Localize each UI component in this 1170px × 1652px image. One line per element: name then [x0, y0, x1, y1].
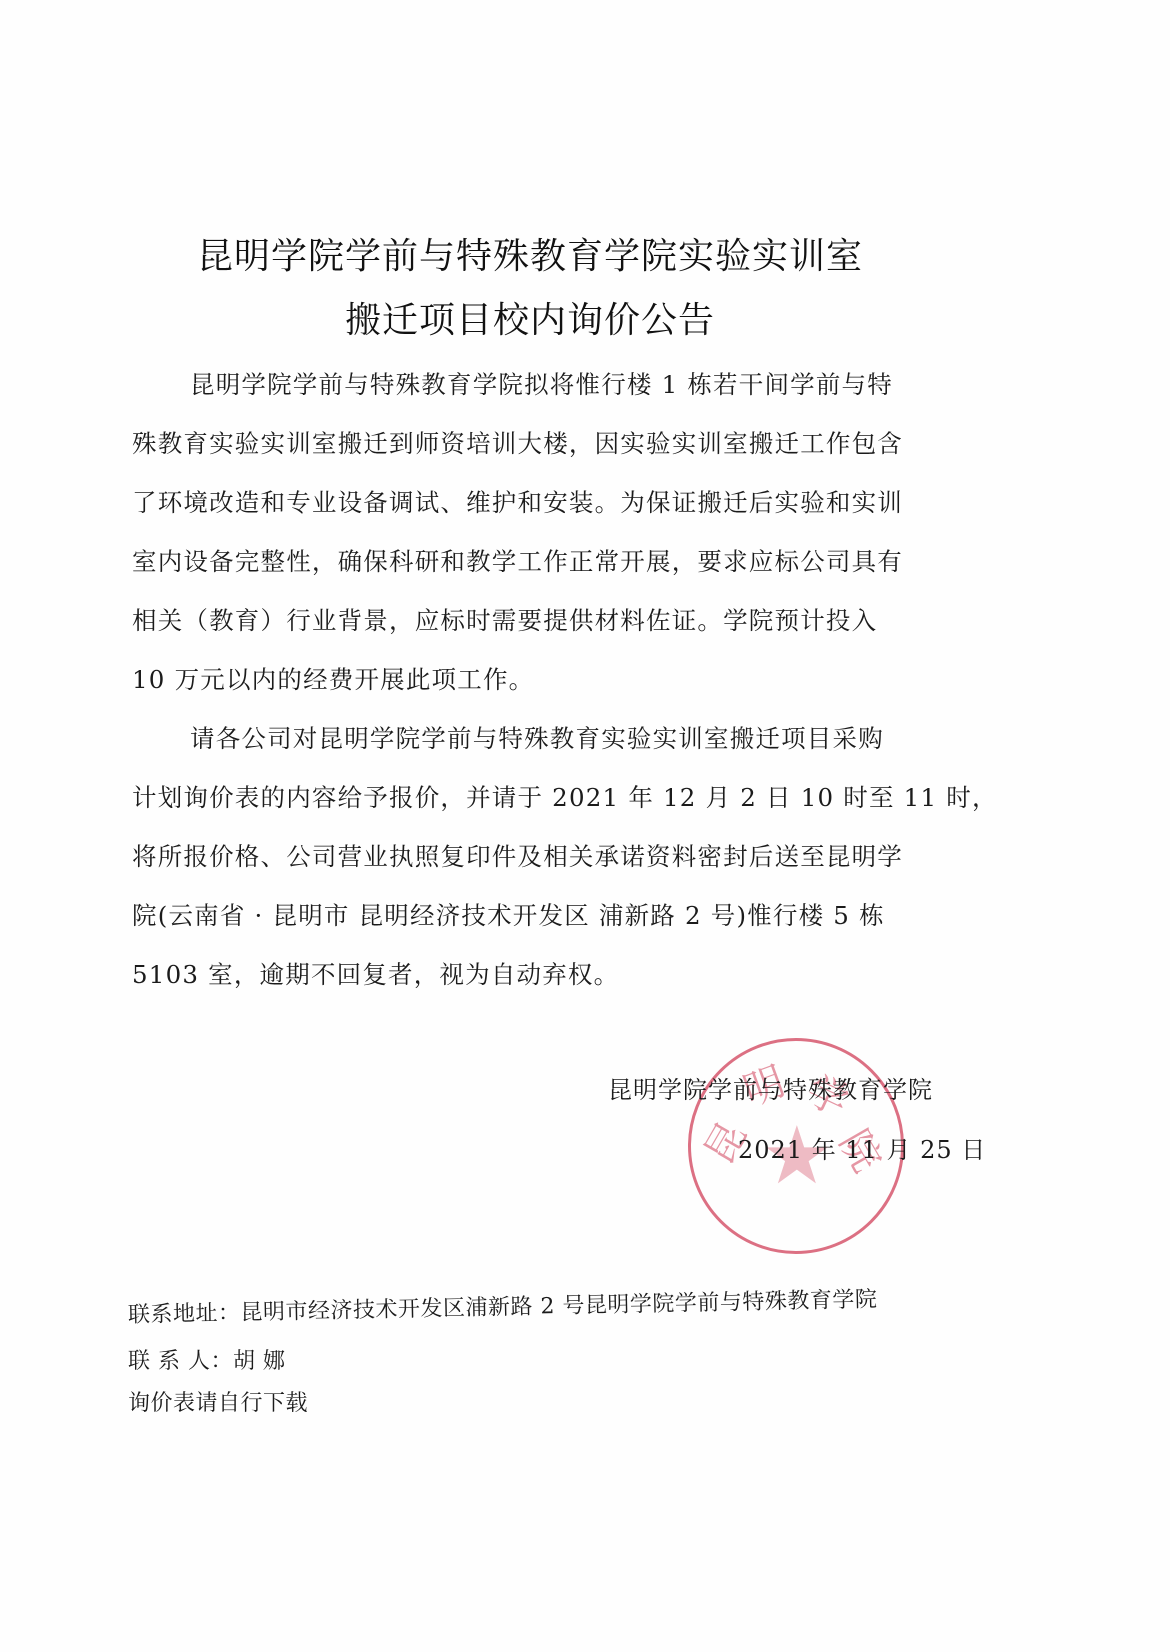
paragraph-1-line-4: 室内设备完整性，确保科研和教学工作正常开展，要求应标公司具有	[132, 543, 962, 578]
paragraph-1-line-5: 相关（教育）行业背景，应标时需要提供材料佐证。学院预计投入	[132, 602, 962, 637]
paragraph-2-line-1: 请各公司对昆明学院学前与特殊教育实验实训室搬迁项目采购	[190, 720, 1020, 755]
paragraph-1-line-6: 10 万元以内的经费开展此项工作。	[132, 661, 962, 696]
paragraph-2-line-2: 计划询价表的内容给予报价，并请于 2021 年 12 月 2 日 10 时至 1…	[132, 779, 962, 814]
footer-contact: 联 系 人：胡 娜	[128, 1344, 285, 1375]
signature-date: 2021 年 11 月 25 日	[738, 1130, 986, 1165]
paragraph-2-line-5: 5103 室，逾期不回复者，视为自动弃权。	[132, 956, 962, 991]
paragraph-1-line-3: 了环境改造和专业设备调试、维护和安装。为保证搬迁后实验和实训	[132, 484, 962, 519]
paragraph-2-line-3: 将所报价格、公司营业执照复印件及相关承诺资料密封后送至昆明学	[132, 838, 962, 873]
paragraph-2-line-4: 院(云南省 · 昆明市 昆明经济技术开发区 浦新路 2 号)惟行楼 5 栋	[132, 897, 962, 932]
paragraph-1-line-2: 殊教育实验实训室搬迁到师资培训大楼，因实验实训室搬迁工作包含	[132, 425, 962, 460]
document-title-line-2: 搬迁项目校内询价公告	[130, 292, 930, 343]
footer-note: 询价表请自行下载	[128, 1386, 308, 1417]
document-page: 昆明学院学前与特殊教育学院实验实训室 搬迁项目校内询价公告 昆明学院学前与特殊教…	[0, 0, 1170, 1652]
footer-address: 联系地址：昆明市经济技术开发区浦新路 2 号昆明学院学前与特殊教育学院	[128, 1282, 878, 1329]
document-title-line-1: 昆明学院学前与特殊教育学院实验实训室	[130, 228, 930, 279]
signature-organization: 昆明学院学前与特殊教育学院	[608, 1070, 933, 1105]
paragraph-1-line-1: 昆明学院学前与特殊教育学院拟将惟行楼 1 栋若干间学前与特	[190, 366, 1020, 401]
